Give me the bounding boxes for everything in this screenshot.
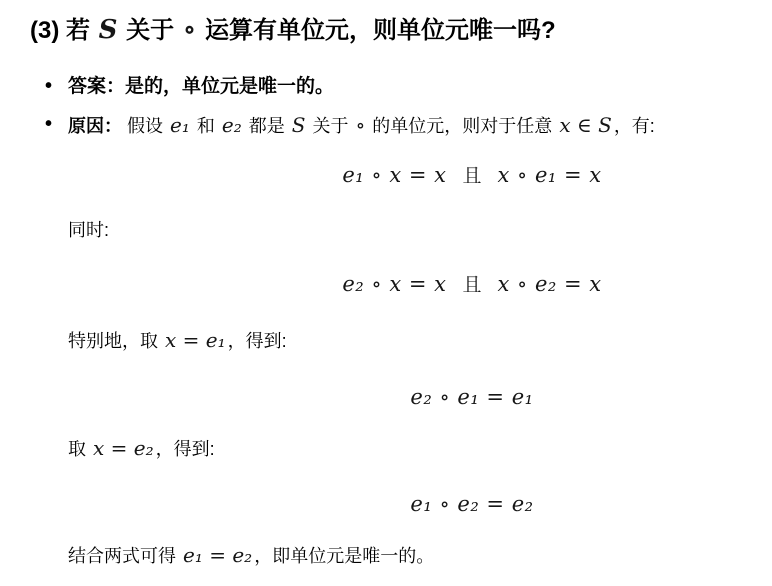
text-segment: ，得到: — [228, 331, 287, 351]
answer-list: • 答案：是的，单位元是唯一的。 • 原因： 假设 e₁ 和 e₂ 都是 S 关… — [30, 75, 772, 569]
text-segment: 关于 — [119, 17, 180, 44]
math-segment: x ∈ S — [557, 113, 614, 137]
document-page: (3) 若 S 关于 ∘ 运算有单位元，则单位元唯一吗? • 答案：是的，单位元… — [0, 0, 772, 586]
dmath-segment: x ∘ e₂ = x — [498, 272, 602, 296]
math-segment: ∘ — [181, 15, 198, 45]
text-segment: 的单位元，则对于任意 — [367, 116, 557, 136]
math-segment: ∘ — [353, 113, 367, 137]
dmath-segment: e₂ ∘ e₁ = e₁ — [410, 385, 533, 409]
text-segment: 取 — [68, 439, 91, 459]
question-heading: (3) 若 S 关于 ∘ 运算有单位元，则单位元唯一吗? — [30, 14, 772, 47]
text-segment: ，即单位元是唯一的。 — [254, 546, 434, 566]
paragraph-conclusion: 结合两式可得 e₁ = e₂，即单位元是唯一的。 — [68, 542, 772, 569]
math-segment: e₂ — [220, 113, 244, 137]
text-segment: 特别地，取 — [68, 331, 163, 351]
list-item-reason: • 原因： 假设 e₁ 和 e₂ 都是 S 关于 ∘ 的单位元，则对于任意 x … — [30, 111, 772, 569]
text-segment: ，有: — [614, 116, 655, 136]
bullet-icon: • — [45, 110, 52, 138]
text-segment: 都是 — [244, 116, 290, 136]
math-segment: x = e₁ — [163, 328, 228, 352]
equation-e1-compose-e2: e₁ ∘ e₂ = e₂ — [68, 489, 772, 520]
text-segment: 关于 — [307, 116, 353, 136]
paragraph-take-x-e1: 特别地，取 x = e₁，得到: — [68, 327, 772, 354]
dmath-segment: e₁ ∘ x = x — [342, 163, 446, 187]
answer-text: 答案：是的，单位元是唯一的。 — [68, 76, 334, 97]
dmath-segment: x ∘ e₁ = x — [498, 163, 602, 187]
list-item-answer: • 答案：是的，单位元是唯一的。 — [30, 75, 772, 99]
paragraph-take-x-e2: 取 x = e₂，得到: — [68, 435, 772, 462]
math-segment: e₁ — [168, 113, 192, 137]
bold-segment: 原因： — [68, 116, 122, 136]
text-segment: 假设 — [122, 116, 168, 136]
cjk-segment: 且 — [462, 275, 481, 296]
text-segment: 结合两式可得 — [68, 546, 181, 566]
text-segment: (3) 若 — [30, 17, 97, 44]
text-segment: 同时: — [68, 220, 109, 240]
text-segment: 运算有单位元，则单位元唯一吗? — [198, 17, 555, 44]
math-segment: e₁ = e₂ — [181, 543, 254, 567]
paragraph-meanwhile: 同时: — [68, 218, 772, 242]
math-segment: S — [290, 113, 308, 137]
text-segment: 和 — [192, 116, 220, 136]
dmath-segment: e₂ ∘ x = x — [342, 272, 446, 296]
math-segment: S — [97, 15, 120, 45]
equation-e2-compose-e1: e₂ ∘ e₁ = e₁ — [68, 382, 772, 413]
bullet-icon: • — [45, 74, 52, 98]
equation-identity-e1: e₁ ∘ x = x且x ∘ e₁ = x — [68, 160, 772, 192]
math-segment: x = e₂ — [91, 436, 156, 460]
dmath-segment: e₁ ∘ e₂ = e₂ — [410, 492, 533, 516]
bold-segment: 答案：是的，单位元是唯一的。 — [68, 76, 334, 97]
cjk-segment: 且 — [462, 166, 481, 187]
reason-intro-text: 原因： 假设 e₁ 和 e₂ 都是 S 关于 ∘ 的单位元，则对于任意 x ∈ … — [68, 116, 655, 136]
equation-identity-e2: e₂ ∘ x = x且x ∘ e₂ = x — [68, 269, 772, 301]
text-segment: ，得到: — [156, 439, 215, 459]
